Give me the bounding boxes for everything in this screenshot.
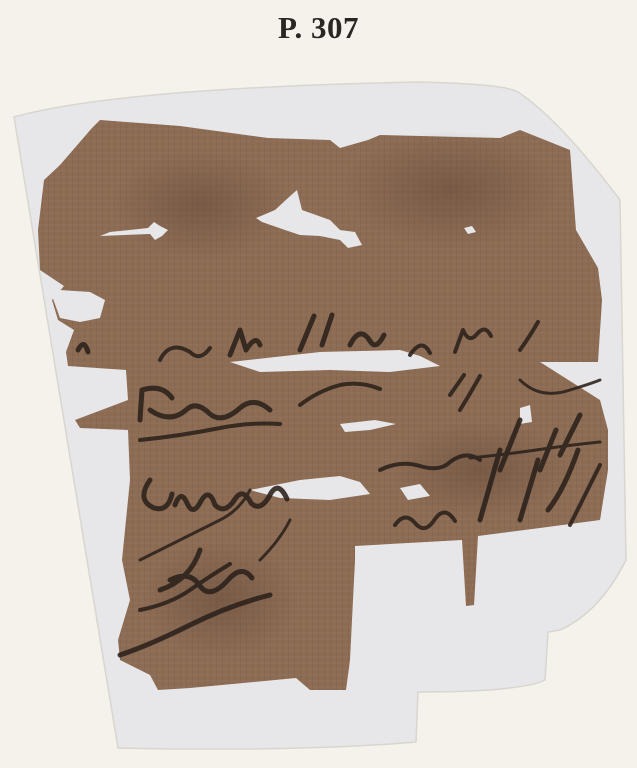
papyrus-photo [0, 0, 637, 768]
